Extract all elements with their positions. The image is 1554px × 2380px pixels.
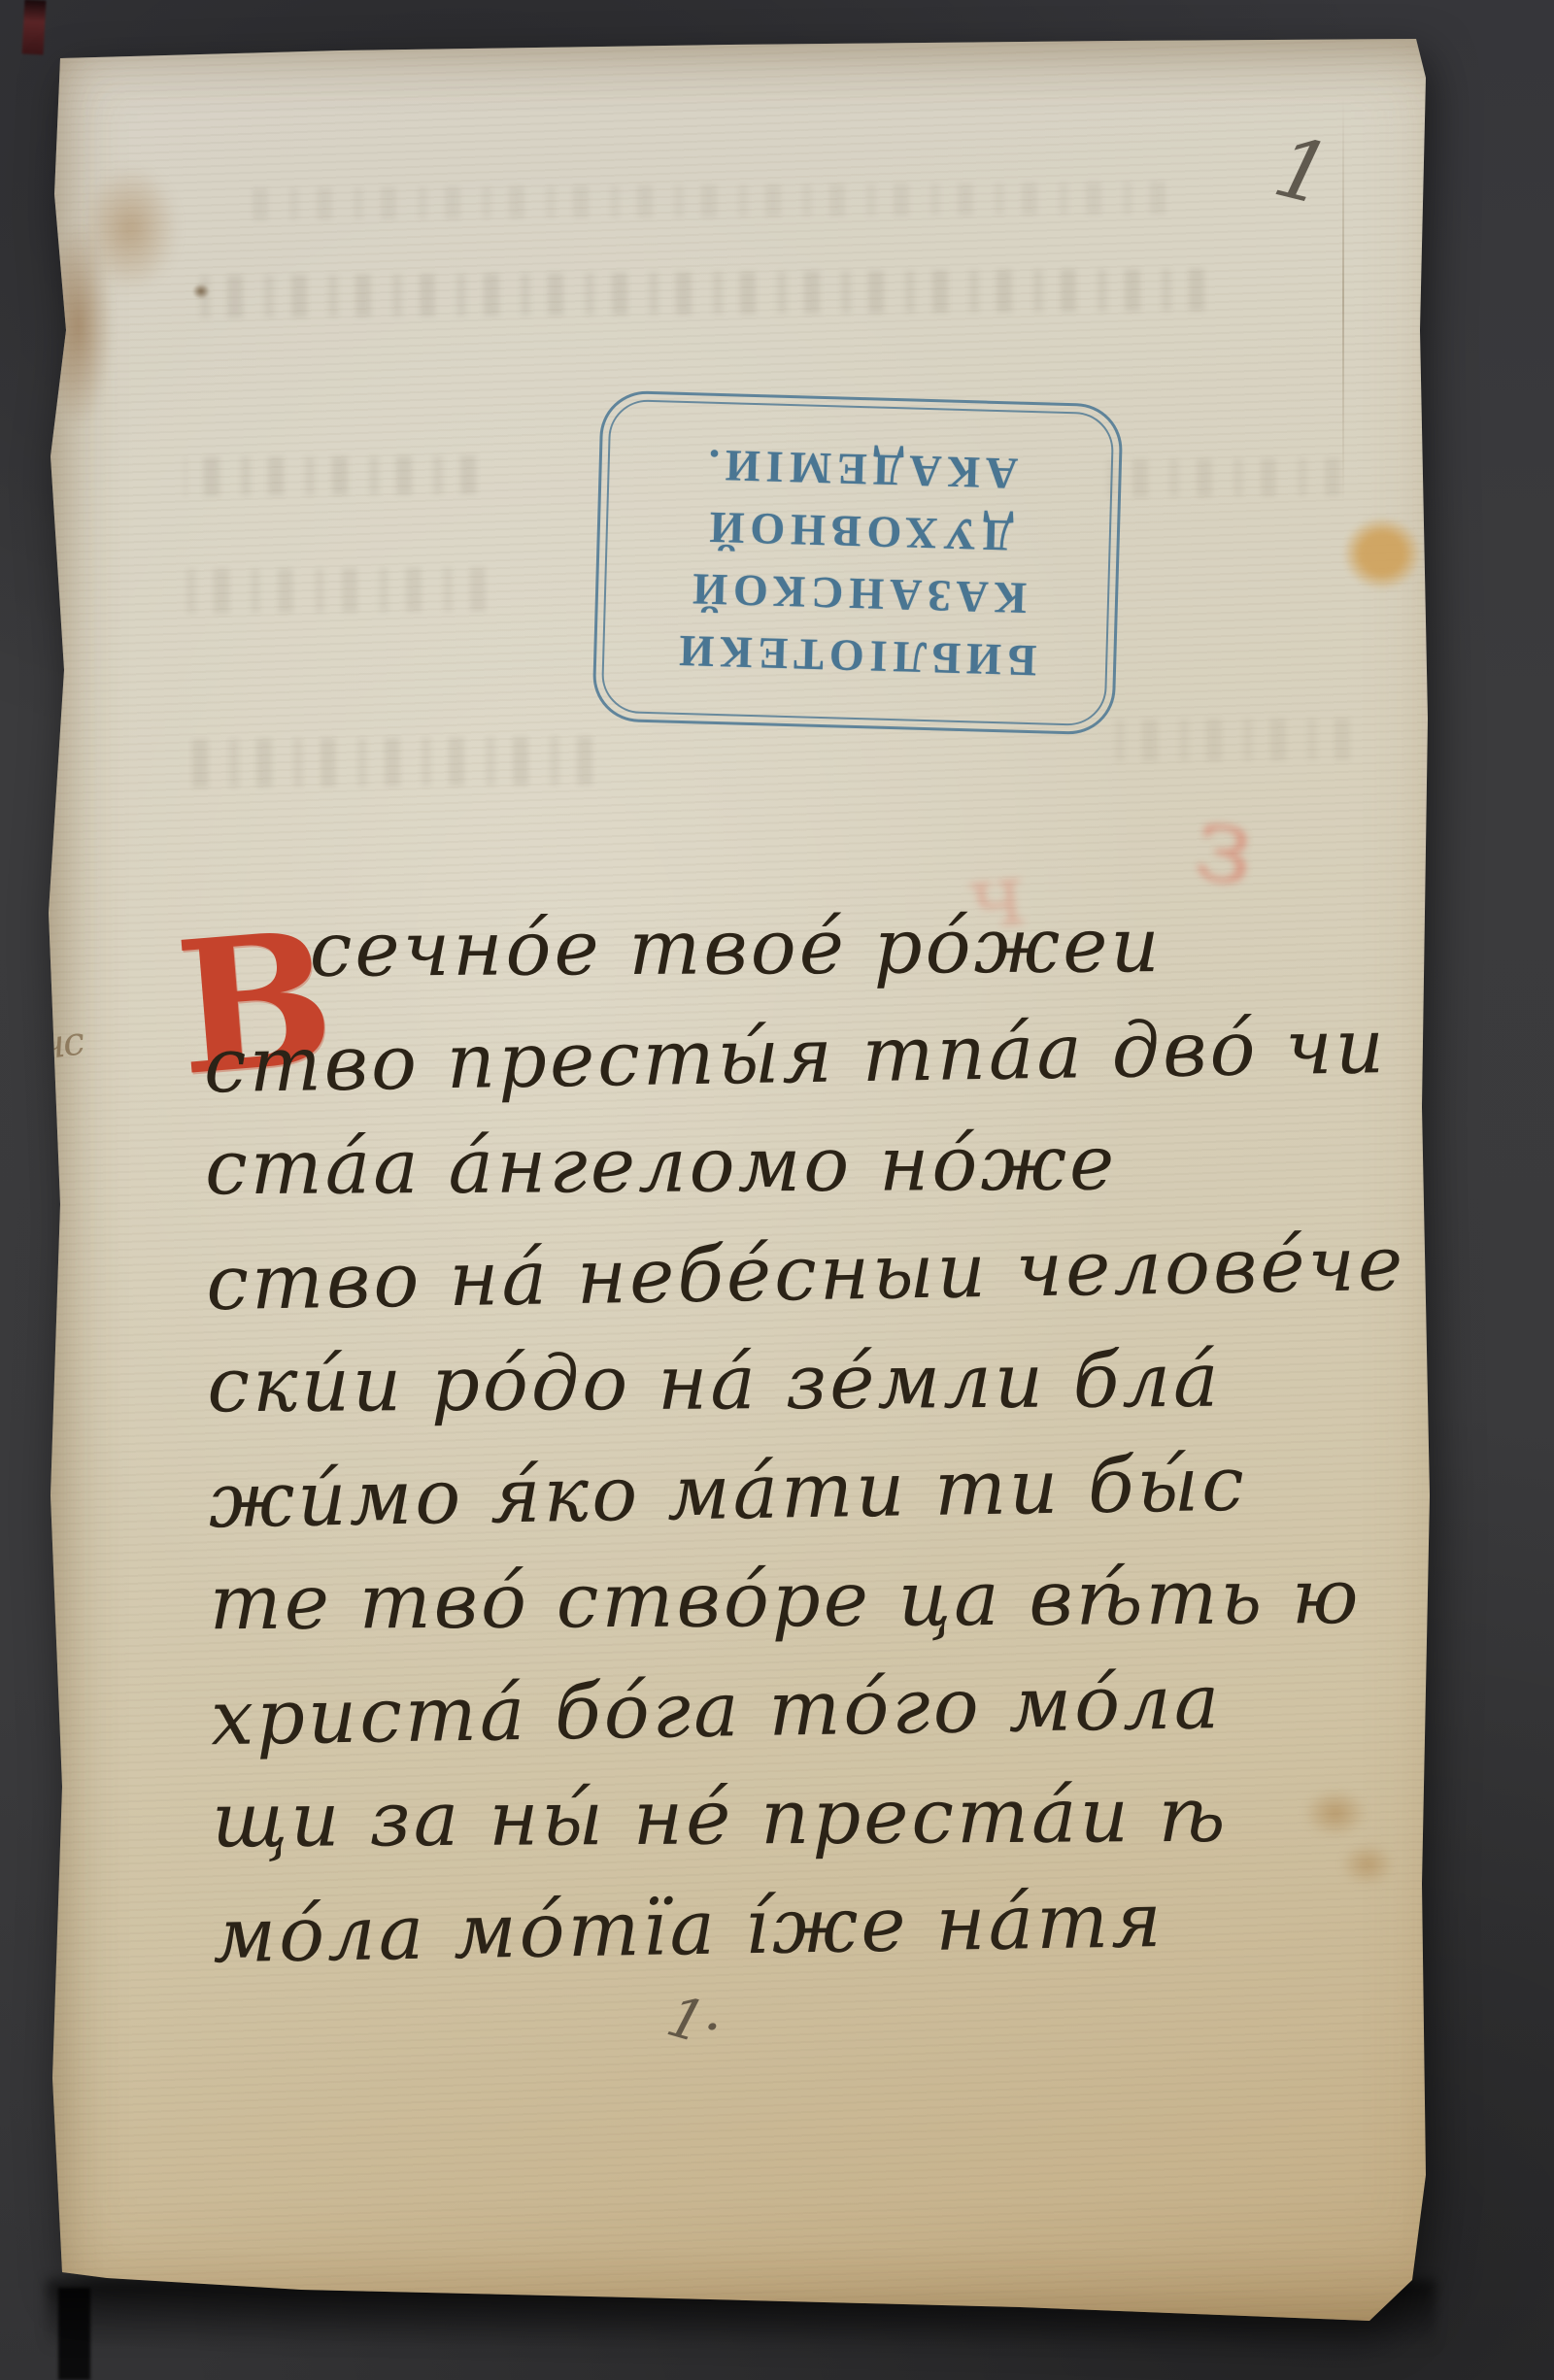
- stain: [1342, 517, 1422, 590]
- stamp-line: АКАДЕМІИ.: [701, 434, 1018, 505]
- manuscript-line: щи за ны́ не́ преста́и ѣ: [198, 1760, 1433, 1876]
- bleedthrough-text-band: [1107, 457, 1340, 498]
- page-wrapper: з ч БИБЛІОТЕКИ КАЗАНСКОЙ ДУХОВНОЙ АКАДЕМ…: [0, 0, 1554, 2380]
- bleedthrough-text-band: [194, 268, 1204, 318]
- manuscript-text-block: В сечно́е твое́ ро́жеи ство престы́я тпа…: [188, 887, 1434, 1987]
- stamp-line: КАЗАНСКОЙ: [686, 558, 1027, 630]
- bleedthrough-text-band: [1098, 718, 1350, 762]
- manuscript-page: з ч БИБЛІОТЕКИ КАЗАНСКОЙ ДУХОВНОЙ АКАДЕМ…: [49, 39, 1474, 2323]
- manuscript-line: христа́ бо́га то́го мо́ла: [196, 1644, 1432, 1773]
- manuscript-line: ски́и ро́до на́ зе́мли бла́: [193, 1325, 1428, 1441]
- manuscript-line: ство престы́я тпа́а дво́ чи: [189, 992, 1425, 1122]
- manuscript-line: ста́а а́нгеломо но́же: [191, 1108, 1426, 1224]
- bleedthrough-text-band: [185, 455, 476, 496]
- stamp-line: БИБЛІОТЕКИ: [673, 620, 1038, 691]
- manuscript-line: жи́мо я́ко ма́ти ти бы́с: [194, 1426, 1430, 1556]
- margin-mark: чс: [38, 1019, 85, 1069]
- bottom-folio-mark: 1·: [660, 1983, 730, 2062]
- stamp-line: ДУХОВНОЙ: [703, 496, 1014, 567]
- bleedthrough-text-band: [243, 182, 1165, 221]
- folio-number: 1: [1263, 118, 1383, 246]
- manuscript-line: сечно́е твое́ ро́жеи: [188, 890, 1423, 1006]
- manuscript-line: те тво́ ство́ре ца вѣ́ть ю: [195, 1543, 1430, 1659]
- stain: [45, 223, 113, 427]
- manuscript-line: ство на́ небе́сныи челове́че: [191, 1209, 1427, 1338]
- manuscript-line: мо́ла мо́тїа і́же на́тя: [198, 1861, 1434, 1991]
- library-stamp: БИБЛІОТЕКИ КАЗАНСКОЙ ДУХОВНОЙ АКАДЕМІИ.: [591, 390, 1123, 736]
- bleedthrough-text-band: [175, 736, 592, 788]
- photo-background: { "page": { "folio_number": "1", "bottom…: [0, 0, 1554, 2380]
- bleedthrough-text-band: [175, 567, 486, 614]
